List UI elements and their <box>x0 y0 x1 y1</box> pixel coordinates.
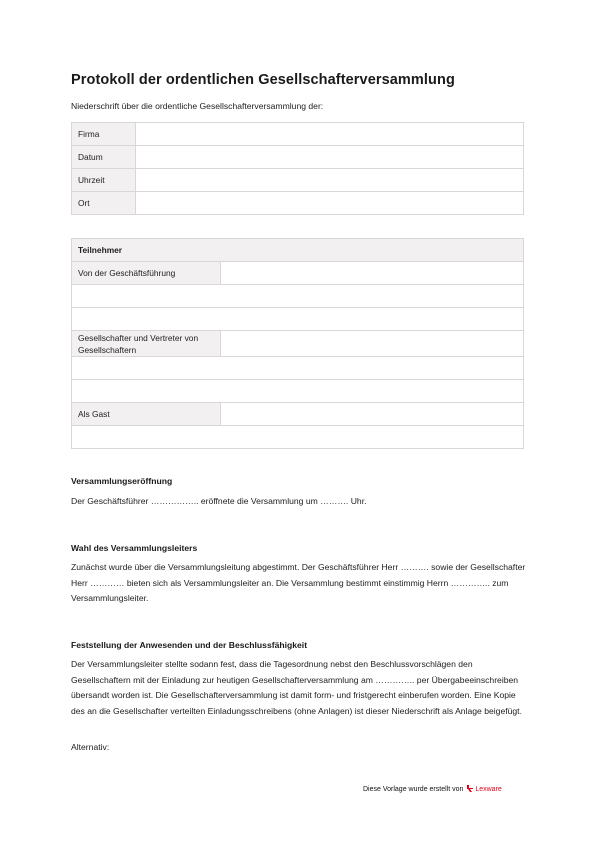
section-extra-alternative: Alternativ: <box>71 740 527 756</box>
table-row <box>72 285 524 308</box>
management-entry-1[interactable] <box>72 285 524 308</box>
section-heading-opening: Versammlungseröffnung <box>71 476 172 486</box>
field-label-firma: Firma <box>72 123 136 146</box>
section-body-chair-election: Zunächst wurde über die Versammlungsleit… <box>71 560 527 607</box>
section-body-opening: Der Geschäftsführer …………….. eröffnete di… <box>71 494 527 510</box>
shareholders-value[interactable] <box>221 331 524 357</box>
field-label-ort: Ort <box>72 192 136 215</box>
section-body-quorum: Der Versammlungsleiter stellte sodann fe… <box>71 657 527 719</box>
field-value-ort[interactable] <box>136 192 524 215</box>
shareholders-entry-2[interactable] <box>72 380 524 403</box>
guest-value[interactable] <box>221 403 524 426</box>
section-heading-chair-election: Wahl des Versammlungsleiters <box>71 543 197 553</box>
field-value-firma[interactable] <box>136 123 524 146</box>
document-subtitle: Niederschrift über die ordentliche Gesel… <box>71 101 323 111</box>
section-heading-quorum: Feststellung der Anwesenden und der Besc… <box>71 640 307 650</box>
table-header-row: Teilnehmer <box>72 239 524 262</box>
participants-table: Teilnehmer Von der Geschäftsführung Gese… <box>71 238 524 449</box>
table-row <box>72 357 524 380</box>
table-row: Gesellschafter und Vertreter von Gesells… <box>72 331 524 357</box>
table-row: Von der Geschäftsführung <box>72 262 524 285</box>
footer-text: Diese Vorlage wurde erstellt von <box>363 786 463 793</box>
table-row: Uhrzeit <box>72 169 524 192</box>
footer-credit: Diese Vorlage wurde erstellt von Lexware <box>363 784 502 793</box>
field-value-uhrzeit[interactable] <box>136 169 524 192</box>
table-row <box>72 426 524 449</box>
lexware-logo-icon <box>467 785 473 792</box>
field-label-uhrzeit: Uhrzeit <box>72 169 136 192</box>
table-row <box>72 308 524 331</box>
table-row: Firma <box>72 123 524 146</box>
field-label-datum: Datum <box>72 146 136 169</box>
management-entry-2[interactable] <box>72 308 524 331</box>
field-value-datum[interactable] <box>136 146 524 169</box>
table-row <box>72 380 524 403</box>
guest-entry-1[interactable] <box>72 426 524 449</box>
table-row: Ort <box>72 192 524 215</box>
participants-header: Teilnehmer <box>72 239 524 262</box>
management-value[interactable] <box>221 262 524 285</box>
footer-brand[interactable]: Lexware <box>475 786 501 793</box>
management-label: Von der Geschäftsführung <box>72 262 221 285</box>
shareholders-label: Gesellschafter und Vertreter von Gesells… <box>72 331 221 357</box>
table-row: Datum <box>72 146 524 169</box>
shareholders-entry-1[interactable] <box>72 357 524 380</box>
guest-label: Als Gast <box>72 403 221 426</box>
table-row: Als Gast <box>72 403 524 426</box>
document-title: Protokoll der ordentlichen Gesellschafte… <box>71 72 455 88</box>
company-info-table: Firma Datum Uhrzeit Ort <box>71 122 524 215</box>
